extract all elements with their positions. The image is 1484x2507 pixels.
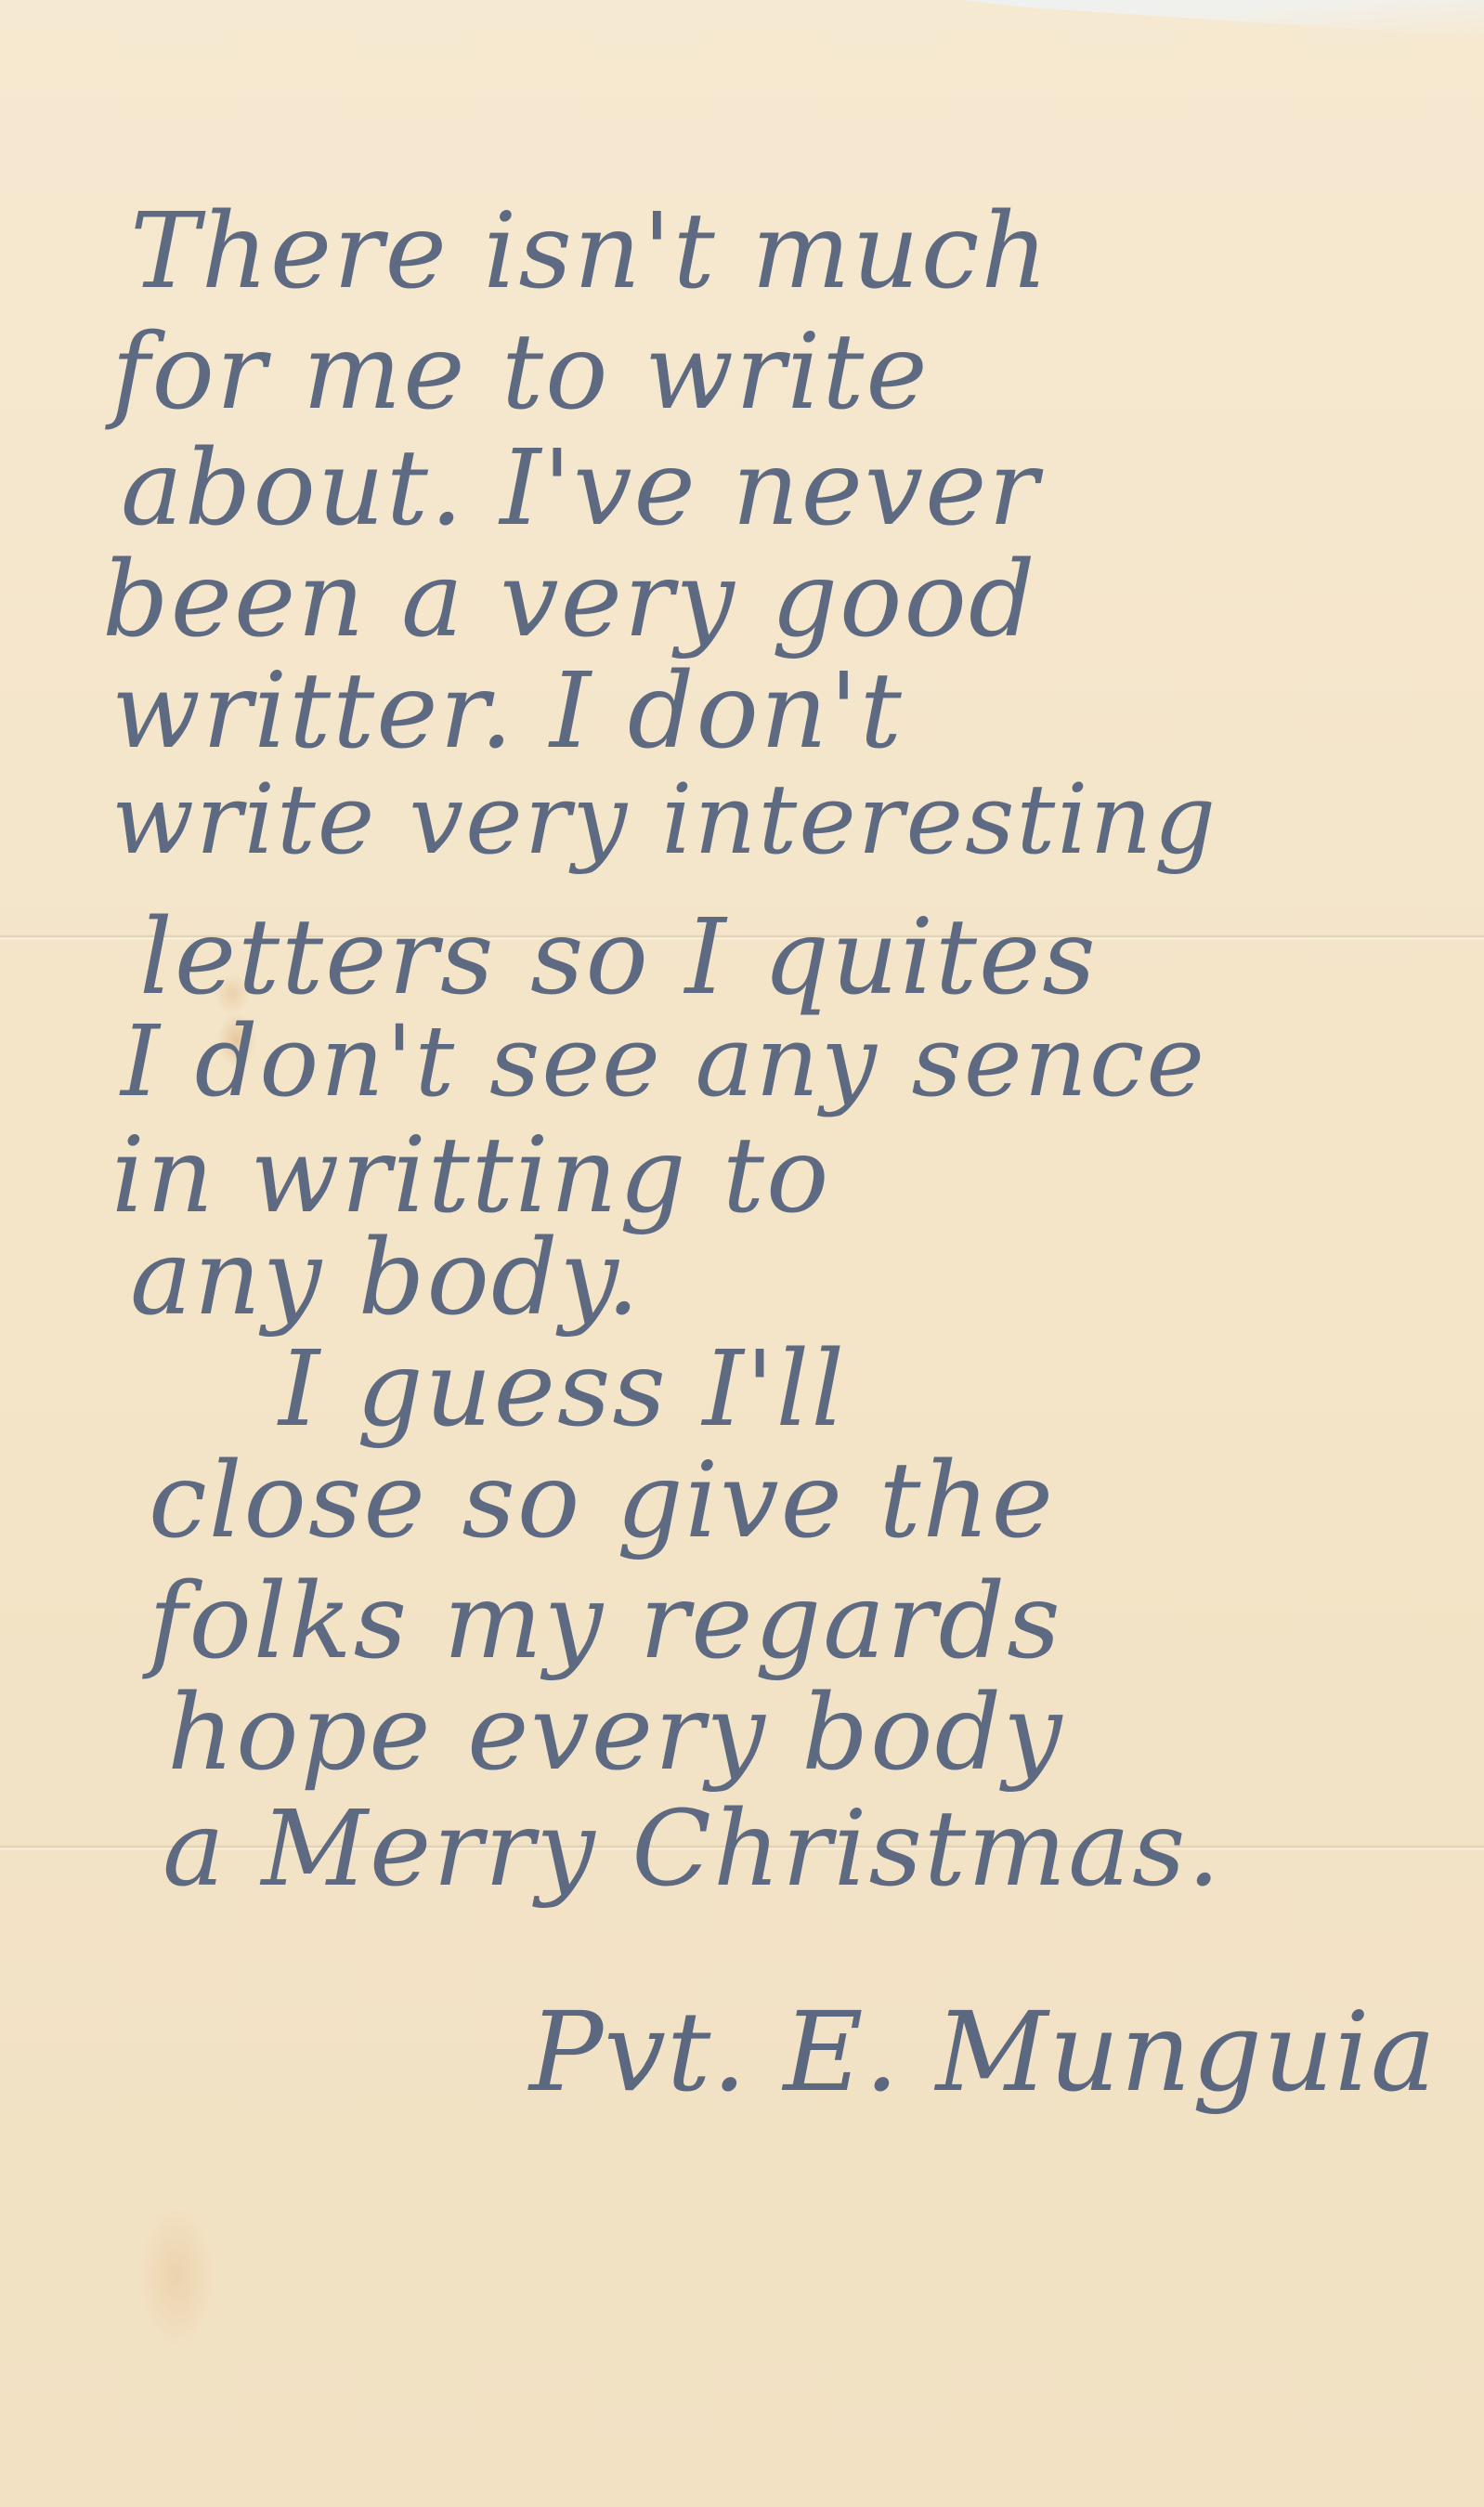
letter-line-6: write very interesting xyxy=(111,771,1217,868)
letter-line-8: I don't see any sence xyxy=(121,1012,1206,1111)
letter-line-1: There isn't much xyxy=(130,200,1050,304)
letter-line-3: about. I've never xyxy=(121,437,1040,541)
letter-line-5: writter. I don't xyxy=(111,659,904,764)
letter-line-15: a Merry Christmas. xyxy=(163,1797,1222,1901)
letter-page: There isn't much for me to write about. … xyxy=(0,0,1484,2507)
letter-line-9: in writting to xyxy=(111,1124,830,1228)
letter-line-2: for me to write xyxy=(111,320,930,424)
letter-line-4: been a very good xyxy=(102,548,1037,652)
letter-line-10: any body. xyxy=(130,1226,642,1330)
letter-line-11: I guess I'll xyxy=(279,1338,846,1442)
letter-body: There isn't much for me to write about. … xyxy=(0,0,1484,2507)
letter-line-13: folks my regards xyxy=(149,1570,1062,1674)
letter-line-7: letters so I quites xyxy=(139,906,1098,1010)
signature: Pvt. E. Munguia xyxy=(529,1997,1437,2107)
letter-line-12: close so give the xyxy=(149,1449,1055,1553)
letter-line-14: hope every body xyxy=(167,1681,1063,1785)
